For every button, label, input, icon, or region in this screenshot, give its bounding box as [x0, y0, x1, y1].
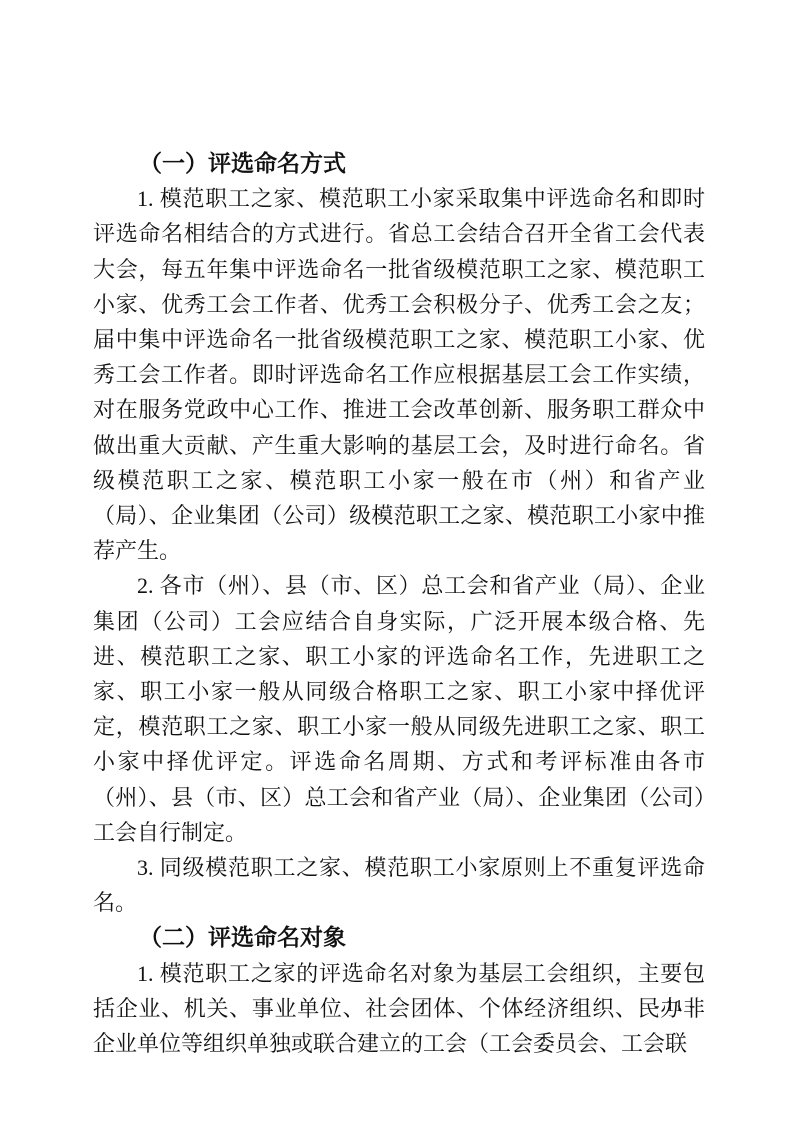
paragraph-1: 1. 模范职工之家、模范职工小家采取集中评选命名和即时评选命名相结合的方式进行。… [93, 181, 705, 568]
paragraph-2: 2. 各市（州）、县（市、区）总工会和省产业（局）、企业集团（公司）工会应结合自… [93, 568, 705, 850]
document-body: （一）评选命名方式 1. 模范职工之家、模范职工小家采取集中评选命名和即时评选命… [93, 146, 705, 1061]
page-number: - 11 - [654, 996, 696, 1016]
document-page: （一）评选命名方式 1. 模范职工之家、模范职工小家采取集中评选命名和即时评选命… [0, 0, 793, 1122]
paragraph-4: 1. 模范职工之家的评选命名对象为基层工会组织，主要包括企业、机关、事业单位、社… [93, 956, 705, 1062]
section-heading-selection-method: （一）评选命名方式 [93, 146, 705, 181]
paragraph-3: 3. 同级模范职工之家、模范职工小家原则上不重复评选命名。 [93, 850, 705, 920]
section-heading-selection-targets: （二）评选命名对象 [93, 920, 705, 955]
